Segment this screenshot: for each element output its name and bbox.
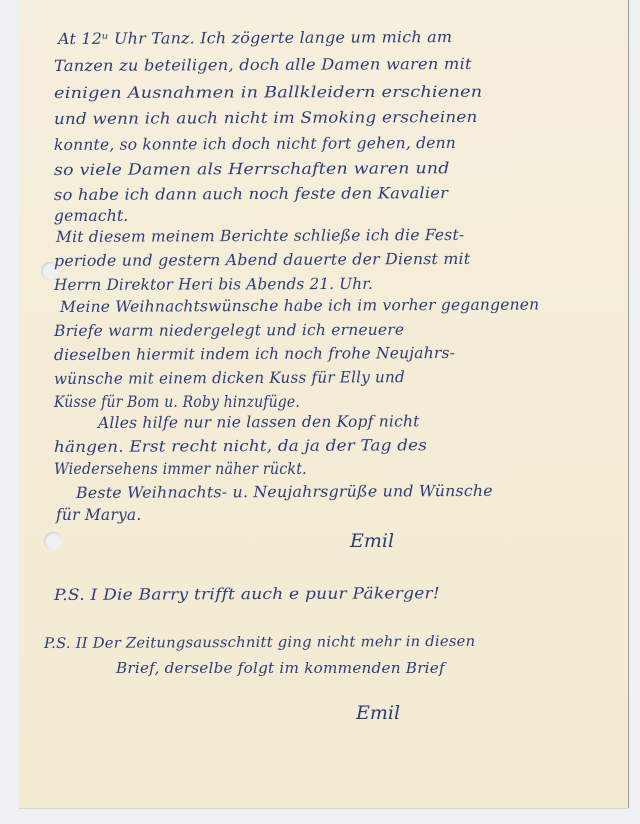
postscript-1: P.S. I Die Barry trifft auch e puur Päke…	[54, 584, 440, 604]
signature: Emil	[350, 530, 394, 552]
punch-hole-bottom	[44, 532, 62, 550]
postscript-2-line: Brief, derselbe folgt im kommenden Brief	[116, 661, 445, 677]
body-line: Küsse für Bom u. Roby hinzufüge.	[54, 393, 300, 411]
body-line: Briefe warm niedergelegt und ich erneuer…	[54, 321, 404, 340]
body-line: Herrn Direktor Heri bis Abends 21. Uhr.	[54, 275, 373, 294]
postscript-2-line: P.S. II Der Zeitungsausschnitt ging nich…	[44, 634, 475, 652]
body-line: Tanzen zu beteiligen, doch alle Damen wa…	[54, 55, 472, 75]
body-line: Mit diesem meinem Berichte schließe ich …	[56, 226, 464, 246]
body-line: hängen. Erst recht nicht, da ja der Tag …	[54, 436, 427, 456]
body-line: wünsche mit einem dicken Kuss für Elly u…	[54, 368, 405, 388]
body-line: At 12ᵘ Uhr Tanz. Ich zögerte lange um mi…	[58, 28, 452, 48]
body-line: dieselben hiermit indem ich noch frohe N…	[54, 344, 455, 364]
body-line: Meine Weihnachtswünsche habe ich im vorh…	[60, 295, 539, 316]
body-line: periode und gestern Abend dauerte der Di…	[54, 250, 470, 270]
signature: Emil	[356, 702, 400, 724]
body-line: Wiedersehens immer näher rückt.	[54, 460, 307, 478]
body-line: Beste Weihnachts- u. Neujahrsgrüße und W…	[76, 482, 493, 502]
body-line: so habe ich dann auch noch feste den Kav…	[54, 184, 448, 204]
body-line: und wenn ich auch nicht im Smoking ersch…	[54, 108, 478, 128]
body-line: so viele Damen als Herrschaften waren un…	[54, 159, 450, 179]
body-line: einigen Ausnahmen in Ballkleidern erschi…	[54, 83, 482, 102]
body-line: Alles hilfe nur nie lassen den Kopf nich…	[98, 412, 420, 432]
body-line: für Marya.	[56, 506, 142, 524]
body-line: konnte, so konnte ich doch nicht fort ge…	[54, 134, 456, 154]
body-line: gemacht.	[54, 207, 128, 225]
